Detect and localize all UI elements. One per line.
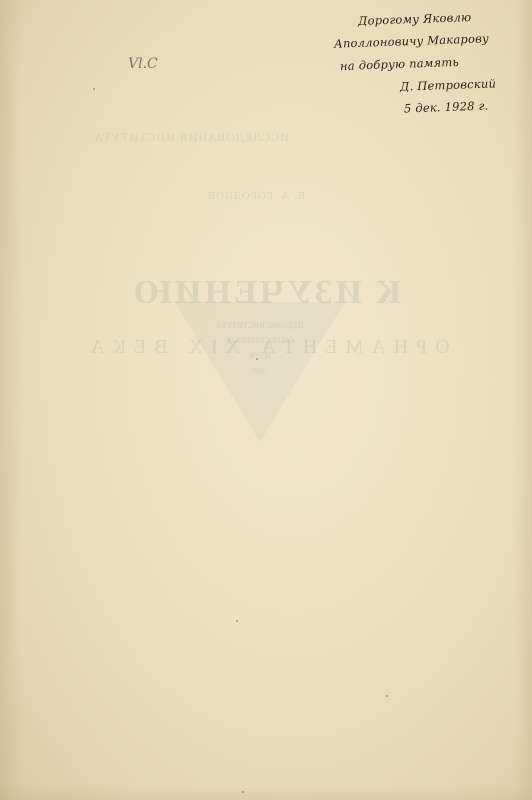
ghost-triangle-text: ИЗДАНИЕ ИНСТИТУТА ОБЩЕСТВЕННЫХ НАУК 1928 bbox=[190, 318, 330, 378]
paper-speck bbox=[256, 358, 258, 360]
triangle-line: ОБЩЕСТВЕННЫХ bbox=[190, 333, 330, 348]
inscription-signature: Д. Петровский bbox=[400, 74, 497, 96]
ghost-text-line-2: В. А. ГОРОДЦОВ bbox=[160, 190, 352, 202]
pencil-mark: Vl.C bbox=[128, 56, 158, 72]
inscription-date: 5 дек. 1928 г. bbox=[404, 97, 489, 119]
inscription-line: Дорогому Яковлю bbox=[358, 8, 472, 31]
inscription-line: Аполлоновичу Макарову bbox=[334, 29, 489, 53]
paper-speck bbox=[236, 620, 238, 622]
inscription-line: на добрую память bbox=[340, 53, 460, 76]
triangle-line: ИЗДАНИЕ ИНСТИТУТА bbox=[190, 318, 330, 333]
paper-speck bbox=[386, 695, 388, 697]
triangle-line: 1928 bbox=[190, 363, 330, 378]
document-page: ИССЛЕДОВАНИЯ ИНСТИТУТА В. А. ГОРОДЦОВ К … bbox=[0, 0, 532, 800]
paper-speck bbox=[93, 88, 95, 90]
triangle-line: НАУК bbox=[190, 348, 330, 363]
ghost-text-line-1: ИССЛЕДОВАНИЯ ИНСТИТУТА bbox=[30, 130, 352, 145]
paper-speck bbox=[242, 791, 244, 793]
